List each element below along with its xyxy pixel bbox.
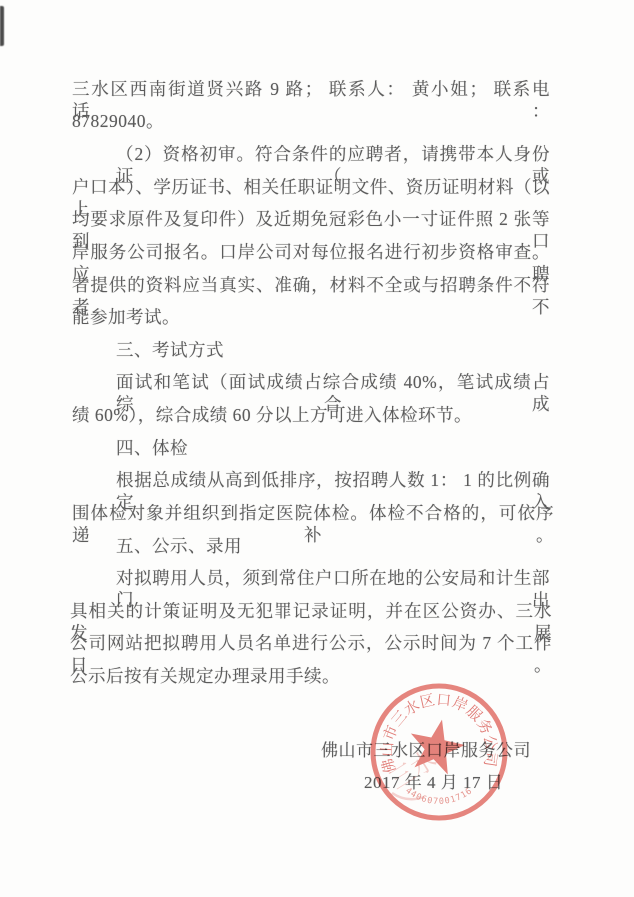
- section-heading: 四、体检: [116, 437, 188, 459]
- text-line: 绩 60%），综合成绩 60 分以上方可进入体检环节。: [72, 404, 472, 426]
- scan-edge-artifact: [0, 6, 4, 46]
- text-line: 87829040。: [72, 110, 164, 132]
- text-line: 能参加考试。: [72, 306, 180, 328]
- section-heading: 三、考试方式: [116, 339, 224, 361]
- text-line: 公示后按有关规定办理录用手续。: [70, 665, 340, 687]
- scanned-document-page: 三水区西南街道贤兴路 9 路； 联系人： 黄小姐； 联系电话： 87829040…: [0, 0, 634, 897]
- official-seal: 佛山市三水区口岸服务公司 440607001716 三水: [362, 675, 516, 829]
- section-heading: 五、公示、录用: [116, 535, 242, 557]
- seal-code: 440607001716: [403, 786, 474, 807]
